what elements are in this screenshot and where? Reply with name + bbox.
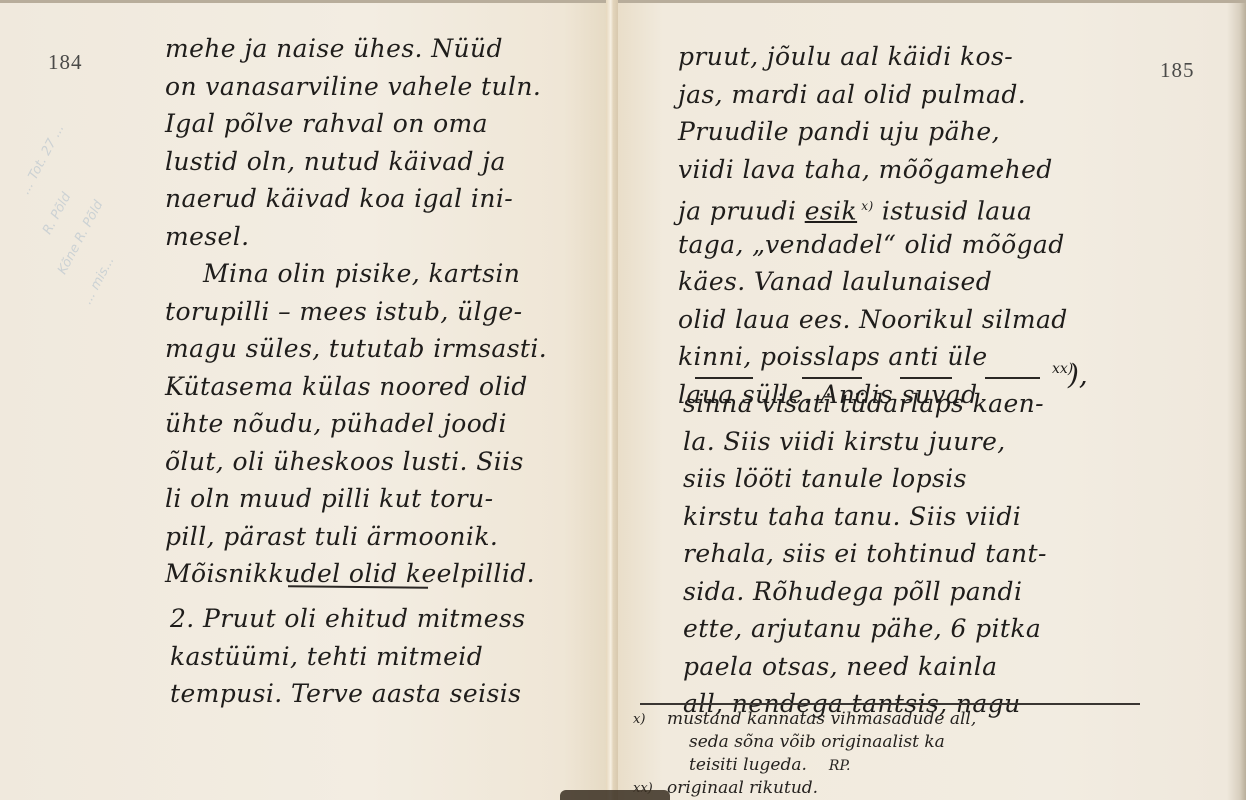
text-line: kirstu taha tanu. Siis viidi — [683, 498, 1047, 536]
footnote-line: xx)originaal rikutud. — [633, 777, 976, 800]
text-fragment: ja pruudi — [678, 196, 805, 225]
text-line: naerud käivad koa igal ini- — [165, 180, 547, 218]
text-line: lustid oln, nutud käivad ja — [165, 143, 547, 181]
footnote-line: teisiti lugeda.RP. — [633, 754, 976, 777]
omission-dash — [900, 377, 952, 379]
footnote-text: mustand kannatas vihmasadude all, — [667, 709, 976, 729]
text-line: jas, mardi aal olid pulmad. — [678, 76, 1068, 114]
text-line: li oln muud pilli kut toru- — [165, 480, 547, 518]
text-line: Kütasema külas noored olid — [165, 368, 547, 406]
text-line: sinna visati tüdarlaps kaen- — [683, 385, 1047, 423]
text-line-with-footnote: ja pruudi esik x) istusid laua — [678, 188, 1068, 226]
text-line: käes. Vanad laulunaised — [678, 263, 1068, 301]
binding-shadow — [560, 790, 670, 800]
text-line: paela otsas, need kainla — [683, 648, 1047, 686]
footnote-mark: x) — [633, 708, 667, 731]
footnote-line: x)mustand kannatas vihmasadude all, — [633, 708, 976, 731]
text-line: Mina olin pisike, kartsin — [165, 255, 547, 293]
text-line: pill, pärast tuli ärmoonik. — [165, 518, 547, 556]
omission-dash — [802, 377, 862, 379]
text-line: õlut, oli üheskoos lusti. Siis — [165, 443, 547, 481]
text-fragment: istusid laua — [874, 196, 1033, 225]
margin-bleed-note: ... Tot. 27 ... — [18, 122, 68, 197]
footnote-text: teisiti lugeda. — [689, 755, 807, 775]
text-line: sida. Rõhudega põll pandi — [683, 573, 1047, 611]
text-line: taga, „vendadel“ olid mõõgad — [678, 226, 1068, 264]
text-line: viidi lava taha, mõõgamehed — [678, 151, 1068, 189]
text-line: la. Siis viidi kirstu juure, — [683, 423, 1047, 461]
margin-bleed-note: R. Põld — [40, 190, 74, 237]
book-gutter — [606, 0, 618, 800]
text-line: on vanasarviline vahele tuln. — [165, 68, 547, 106]
footnote-text: originaal rikutud. — [667, 778, 818, 798]
text-line: ette, arjutanu pähe, 6 pitka — [683, 610, 1047, 648]
right-page-text-2: sinna visati tüdarlaps kaen- la. Siis vi… — [683, 385, 1047, 723]
margin-bleed-note: ... mis... — [80, 254, 118, 307]
text-line: kastüümi, tehti mitmeid — [170, 638, 525, 676]
left-page-text: mehe ja naise ühes. Nüüd on vanasarvilin… — [165, 30, 547, 593]
omission-dash — [695, 377, 753, 379]
footnote-ref: x) — [857, 199, 873, 213]
omission-dash — [985, 377, 1040, 379]
left-page-section-2: 2. Pruut oli ehitud mitmess kastüümi, te… — [170, 600, 525, 713]
page-number-right: 185 — [1160, 58, 1195, 83]
text-line: rehala, siis ei tohtinud tant- — [683, 535, 1047, 573]
underlined-word: esik — [805, 196, 857, 225]
text-line: siis lööti tanule lopsis — [683, 460, 1047, 498]
omission-dashes: xx) — [695, 365, 1075, 385]
text-line: 2. Pruut oli ehitud mitmess — [170, 600, 525, 638]
page-top-edge — [0, 0, 1246, 3]
page-number-left: 184 — [48, 50, 83, 75]
right-page-text: pruut, jõulu aal käidi kos- jas, mardi a… — [678, 38, 1068, 413]
footnote-line: seda sõna võib originaalist ka — [633, 731, 976, 754]
footnote-rule — [640, 703, 1140, 705]
text-line: mehe ja naise ühes. Nüüd — [165, 30, 547, 68]
text-line: mesel. — [165, 218, 547, 256]
text-line: Igal põlve rahval on oma — [165, 105, 547, 143]
footnotes: x)mustand kannatas vihmasadude all, seda… — [633, 708, 976, 800]
text-line: Pruudile pandi uju pähe, — [678, 113, 1068, 151]
text-line: torupilli – mees istub, ülge- — [165, 293, 547, 331]
text-line: tempusi. Terve aasta seisis — [170, 675, 525, 713]
text-line: magu süles, tututab irmsasti. — [165, 330, 547, 368]
footnote-signature: RP. — [829, 758, 851, 774]
text-line: olid laua ees. Noorikul silmad — [678, 301, 1068, 339]
closing-punctuation: ), — [1068, 358, 1088, 391]
text-line: pruut, jõulu aal käidi kos- — [678, 38, 1068, 76]
text-line: ühte nõudu, pühadel joodi — [165, 405, 547, 443]
notebook-spread: 184 ... Tot. 27 ... R. Põld Kõne R. Põld… — [0, 0, 1246, 800]
